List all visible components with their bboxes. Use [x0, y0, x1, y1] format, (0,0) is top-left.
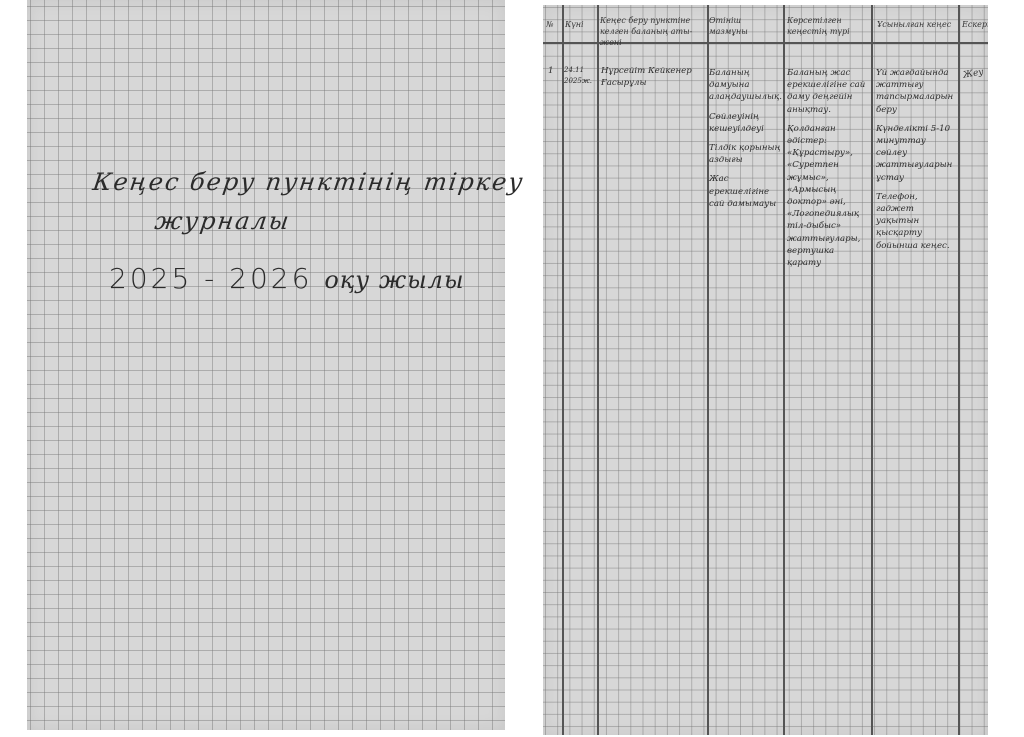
header-consultation-type: Көрсетілген кеңестің түрі: [787, 15, 871, 37]
consultation-item: Қолданған әдістер: «Құрастыру», «Суретпе…: [787, 123, 869, 269]
academic-year-range: 2025 - 2026: [109, 262, 312, 295]
row-request: Баланың дамуына алаңдаушылық. Сөйлеуінің…: [709, 67, 781, 217]
journal-title-line-2: журналы: [153, 207, 292, 235]
request-item: Жас ерекшелігіне сай дамымауы: [709, 173, 781, 210]
header-child-name: Кеңес беру пунктіне келген баланың аты-ж…: [600, 15, 706, 48]
journal-title-line-1: Кеңес беру пунктінің тіркеу: [91, 168, 526, 196]
recommendation-item: Үй жағдайында жаттығу тапсырмаларын беру: [876, 67, 956, 116]
row-note-signature: Жеу: [962, 67, 984, 80]
column-divider: [958, 5, 960, 735]
header-recommendation: Ұсынылған кеңес: [877, 19, 957, 30]
row-date: 24.11 2025ж.: [564, 65, 597, 87]
journal-cover-page: Кеңес беру пунктінің тіркеу журналы 2025…: [27, 0, 505, 730]
row-recommendation: Үй жағдайында жаттығу тапсырмаларын беру…: [876, 67, 956, 259]
consultation-item: Баланың жас ерекшелігіне сай даму деңгей…: [787, 67, 869, 116]
column-divider: [562, 5, 564, 735]
column-divider: [597, 5, 599, 735]
recommendation-item: Күнделікті 5-10 минуттау сөйлеу жаттығул…: [876, 123, 956, 184]
journal-log-page: № Күні Кеңес беру пунктіне келген баланы…: [543, 5, 988, 735]
recommendation-item: Телефон, гаджет уақытын қысқарту бойынша…: [876, 191, 956, 252]
request-item: Баланың дамуына алаңдаушылық.: [709, 67, 781, 104]
request-item: Тілдік қорының аздығы: [709, 142, 781, 166]
row-number: 1: [548, 65, 562, 77]
header-request: Өтініш мазмұны: [709, 15, 782, 37]
column-divider: [783, 5, 785, 735]
academic-year-suffix: оқу жылы: [324, 266, 464, 294]
column-divider: [871, 5, 873, 735]
academic-year: 2025 - 2026 оқу жылы: [109, 262, 465, 295]
header-note: Ескерту: [962, 19, 988, 30]
header-number: №: [546, 19, 562, 30]
request-item: Сөйлеуінің кешеуілдеуі: [709, 111, 781, 135]
row-child-name: Нұрсейіт Кейкенер Ғасырұлы: [601, 65, 701, 89]
header-date: Күні: [565, 19, 597, 30]
row-consultation-type: Баланың жас ерекшелігіне сай даму деңгей…: [787, 67, 869, 276]
